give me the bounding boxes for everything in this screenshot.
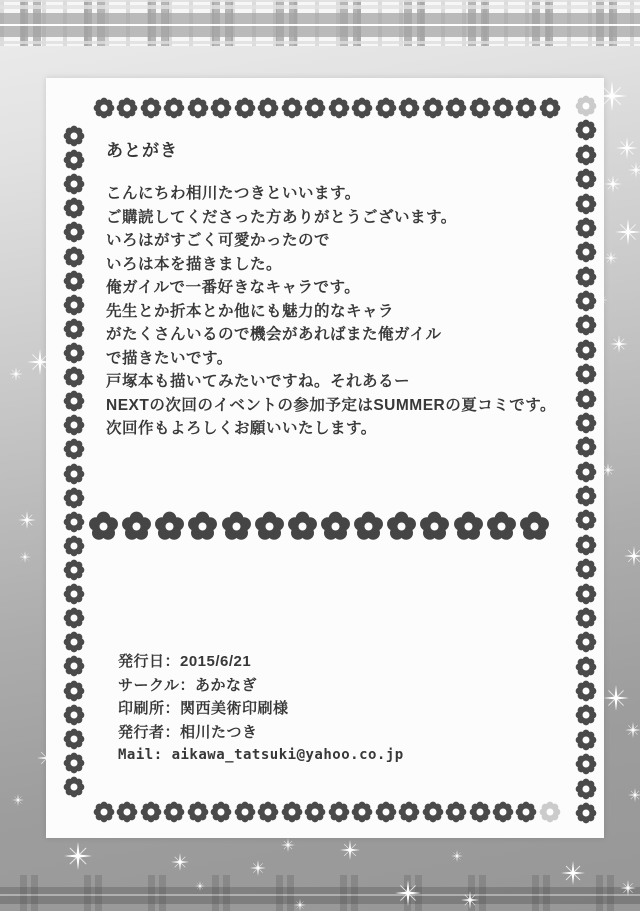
text-line: いろはがすごく可愛かったので bbox=[106, 229, 584, 253]
florette-icon bbox=[320, 511, 351, 542]
gear-flower-icon bbox=[575, 95, 597, 117]
sparkle-icon bbox=[616, 137, 638, 159]
text-line: NEXTの次回のイベントの参加予定はSUMMERの夏コミです。 bbox=[106, 394, 584, 418]
florette-icon bbox=[254, 511, 285, 542]
florette-icon bbox=[486, 511, 517, 542]
publish-date-line: 発行日：2015/6/21 bbox=[118, 650, 558, 674]
sparkle-icon bbox=[18, 511, 36, 529]
florette-icon bbox=[419, 511, 450, 542]
gear-flower-icon bbox=[63, 366, 85, 388]
gear-flower-icon bbox=[328, 97, 350, 119]
florette-icon bbox=[353, 511, 384, 542]
florette-icon bbox=[154, 511, 185, 542]
page-title: あとがき bbox=[106, 136, 178, 161]
sparkle-icon bbox=[64, 842, 92, 870]
gear-flower-icon bbox=[210, 97, 232, 119]
text-line: 次回作もよろしくお願いいたします。 bbox=[106, 417, 584, 441]
sparkle-icon bbox=[171, 853, 189, 871]
gear-flower-icon bbox=[575, 144, 597, 166]
gear-flower-icon bbox=[63, 487, 85, 509]
sparkle-icon bbox=[19, 551, 31, 563]
text-line: 先生とか折本とか他にも魅力的なキャラ bbox=[106, 300, 584, 324]
gear-flower-icon bbox=[281, 97, 303, 119]
gear-flower-icon bbox=[63, 173, 85, 195]
florette-icon bbox=[519, 511, 550, 542]
gear-flower-icon bbox=[445, 801, 467, 823]
gear-flower-icon bbox=[163, 801, 185, 823]
sparkle-icon bbox=[628, 788, 640, 802]
sparkle-icon bbox=[340, 840, 360, 860]
gear-flower-icon bbox=[469, 97, 491, 119]
sparkle-icon bbox=[604, 175, 622, 193]
gear-flower-icon bbox=[257, 97, 279, 119]
gear-flower-icon bbox=[140, 97, 162, 119]
gear-flower-icon bbox=[63, 438, 85, 460]
gear-flower-icon bbox=[575, 631, 597, 653]
gear-flower-icon bbox=[63, 655, 85, 677]
gear-flower-icon bbox=[187, 801, 209, 823]
gear-flower-icon bbox=[575, 680, 597, 702]
gear-flower-icon bbox=[116, 801, 138, 823]
plaid-border-top bbox=[0, 0, 640, 46]
gear-flower-icon bbox=[63, 342, 85, 364]
afterword-text: こんにちわ相川たつきといいます。 ご購読してくださった方ありがとうございます。 … bbox=[106, 182, 584, 441]
gear-flower-icon bbox=[234, 801, 256, 823]
gear-flower-icon bbox=[539, 97, 561, 119]
gear-flower-icon bbox=[575, 753, 597, 775]
florette-icon bbox=[88, 511, 119, 542]
gear-flower-icon bbox=[63, 414, 85, 436]
sparkle-icon bbox=[628, 162, 640, 178]
gear-flower-icon bbox=[351, 97, 373, 119]
gear-flower-icon bbox=[575, 778, 597, 800]
gear-border-top bbox=[93, 97, 561, 119]
gear-flower-icon bbox=[351, 801, 373, 823]
gear-flower-icon bbox=[63, 511, 85, 533]
florette-icon bbox=[453, 511, 484, 542]
gear-flower-icon bbox=[575, 607, 597, 629]
gear-flower-icon bbox=[234, 97, 256, 119]
florette-icon bbox=[121, 511, 152, 542]
gear-flower-icon bbox=[93, 801, 115, 823]
sparkle-icon bbox=[9, 367, 23, 381]
gear-flower-icon bbox=[63, 776, 85, 798]
afterword-page: あとがき こんにちわ相川たつきといいます。 ご購読してくださった方ありがとうござ… bbox=[46, 78, 604, 838]
gear-border-left bbox=[63, 125, 85, 798]
gear-flower-icon bbox=[163, 97, 185, 119]
gear-flower-icon bbox=[63, 125, 85, 147]
text-line: 俺ガイルで一番好きなキャラです。 bbox=[106, 276, 584, 300]
gear-flower-icon bbox=[515, 97, 537, 119]
gear-flower-icon bbox=[398, 801, 420, 823]
text-line: いろは本を描きました。 bbox=[106, 253, 584, 277]
sparkle-icon bbox=[603, 685, 629, 711]
florette-divider bbox=[88, 511, 550, 542]
text-line: 戸塚本も描いてみたいですね。それあるー bbox=[106, 370, 584, 394]
gear-flower-icon bbox=[445, 97, 467, 119]
gear-flower-icon bbox=[575, 656, 597, 678]
scanned-afterword-page: あとがき こんにちわ相川たつきといいます。 ご購読してくださった方ありがとうござ… bbox=[0, 0, 640, 911]
gear-flower-icon bbox=[398, 97, 420, 119]
gear-flower-icon bbox=[63, 680, 85, 702]
gear-flower-icon bbox=[63, 294, 85, 316]
gear-flower-icon bbox=[328, 801, 350, 823]
sparkle-icon bbox=[250, 860, 266, 876]
gear-flower-icon bbox=[575, 119, 597, 141]
gear-flower-icon bbox=[575, 485, 597, 507]
sparkle-icon bbox=[12, 794, 24, 806]
sparkle-icon bbox=[625, 722, 640, 738]
text-line: がたくさんいるので機会があればまた俺ガイル bbox=[106, 323, 584, 347]
gear-flower-icon bbox=[492, 801, 514, 823]
gear-flower-icon bbox=[257, 801, 279, 823]
gear-flower-icon bbox=[63, 246, 85, 268]
gear-flower-icon bbox=[63, 631, 85, 653]
sparkle-icon bbox=[604, 251, 618, 265]
gear-flower-icon bbox=[63, 197, 85, 219]
gear-flower-icon bbox=[63, 559, 85, 581]
gear-flower-icon bbox=[422, 97, 444, 119]
gear-flower-icon bbox=[575, 461, 597, 483]
gear-flower-icon bbox=[63, 704, 85, 726]
gear-flower-icon bbox=[210, 801, 232, 823]
gear-flower-icon bbox=[63, 270, 85, 292]
gear-flower-icon bbox=[575, 704, 597, 726]
gear-flower-icon bbox=[63, 390, 85, 412]
gear-flower-icon bbox=[63, 463, 85, 485]
gear-flower-icon bbox=[575, 583, 597, 605]
gear-flower-icon bbox=[63, 752, 85, 774]
gear-flower-icon bbox=[63, 535, 85, 557]
gear-flower-icon bbox=[575, 509, 597, 531]
gear-flower-icon bbox=[281, 801, 303, 823]
gear-flower-icon bbox=[63, 318, 85, 340]
plaid-border-bottom bbox=[0, 875, 640, 911]
text-line: ご購読してくださった方ありがとうございます。 bbox=[106, 206, 584, 230]
gear-flower-icon bbox=[422, 801, 444, 823]
gear-flower-icon bbox=[63, 149, 85, 171]
florette-icon bbox=[221, 511, 252, 542]
text-line: こんにちわ相川たつきといいます。 bbox=[106, 182, 584, 206]
gear-flower-icon bbox=[469, 801, 491, 823]
mail-line: Mail: aikawa_tatsuki@yahoo.co.jp bbox=[118, 744, 558, 768]
florette-icon bbox=[287, 511, 318, 542]
gear-flower-icon bbox=[140, 801, 162, 823]
gear-flower-icon bbox=[539, 801, 561, 823]
printer-line: 印刷所：関西美術印刷様 bbox=[118, 697, 558, 721]
gear-flower-icon bbox=[575, 802, 597, 824]
sparkle-icon bbox=[624, 546, 640, 566]
florette-icon bbox=[386, 511, 417, 542]
gear-flower-icon bbox=[575, 558, 597, 580]
gear-flower-icon bbox=[515, 801, 537, 823]
gear-flower-icon bbox=[187, 97, 209, 119]
sparkle-icon bbox=[451, 850, 463, 862]
gear-flower-icon bbox=[375, 97, 397, 119]
publisher-line: 発行者：相川たつき bbox=[118, 721, 558, 745]
gear-flower-icon bbox=[304, 801, 326, 823]
gear-flower-icon bbox=[575, 534, 597, 556]
florette-icon bbox=[187, 511, 218, 542]
gear-flower-icon bbox=[63, 221, 85, 243]
text-line: で描きたいです。 bbox=[106, 347, 584, 371]
circle-name-line: サークル：あかなぎ bbox=[118, 674, 558, 698]
gear-flower-icon bbox=[575, 729, 597, 751]
sparkle-icon bbox=[610, 335, 628, 353]
gear-flower-icon bbox=[63, 583, 85, 605]
gear-flower-icon bbox=[375, 801, 397, 823]
gear-flower-icon bbox=[492, 97, 514, 119]
gear-flower-icon bbox=[93, 97, 115, 119]
colophon: 発行日：2015/6/21 サークル：あかなぎ 印刷所：関西美術印刷様 発行者：… bbox=[118, 650, 558, 768]
gear-flower-icon bbox=[304, 97, 326, 119]
gear-flower-icon bbox=[63, 607, 85, 629]
gear-border-bottom bbox=[93, 801, 561, 823]
gear-flower-icon bbox=[63, 728, 85, 750]
gear-flower-icon bbox=[116, 97, 138, 119]
sparkle-icon bbox=[615, 219, 640, 245]
sparkle-icon bbox=[281, 838, 295, 852]
